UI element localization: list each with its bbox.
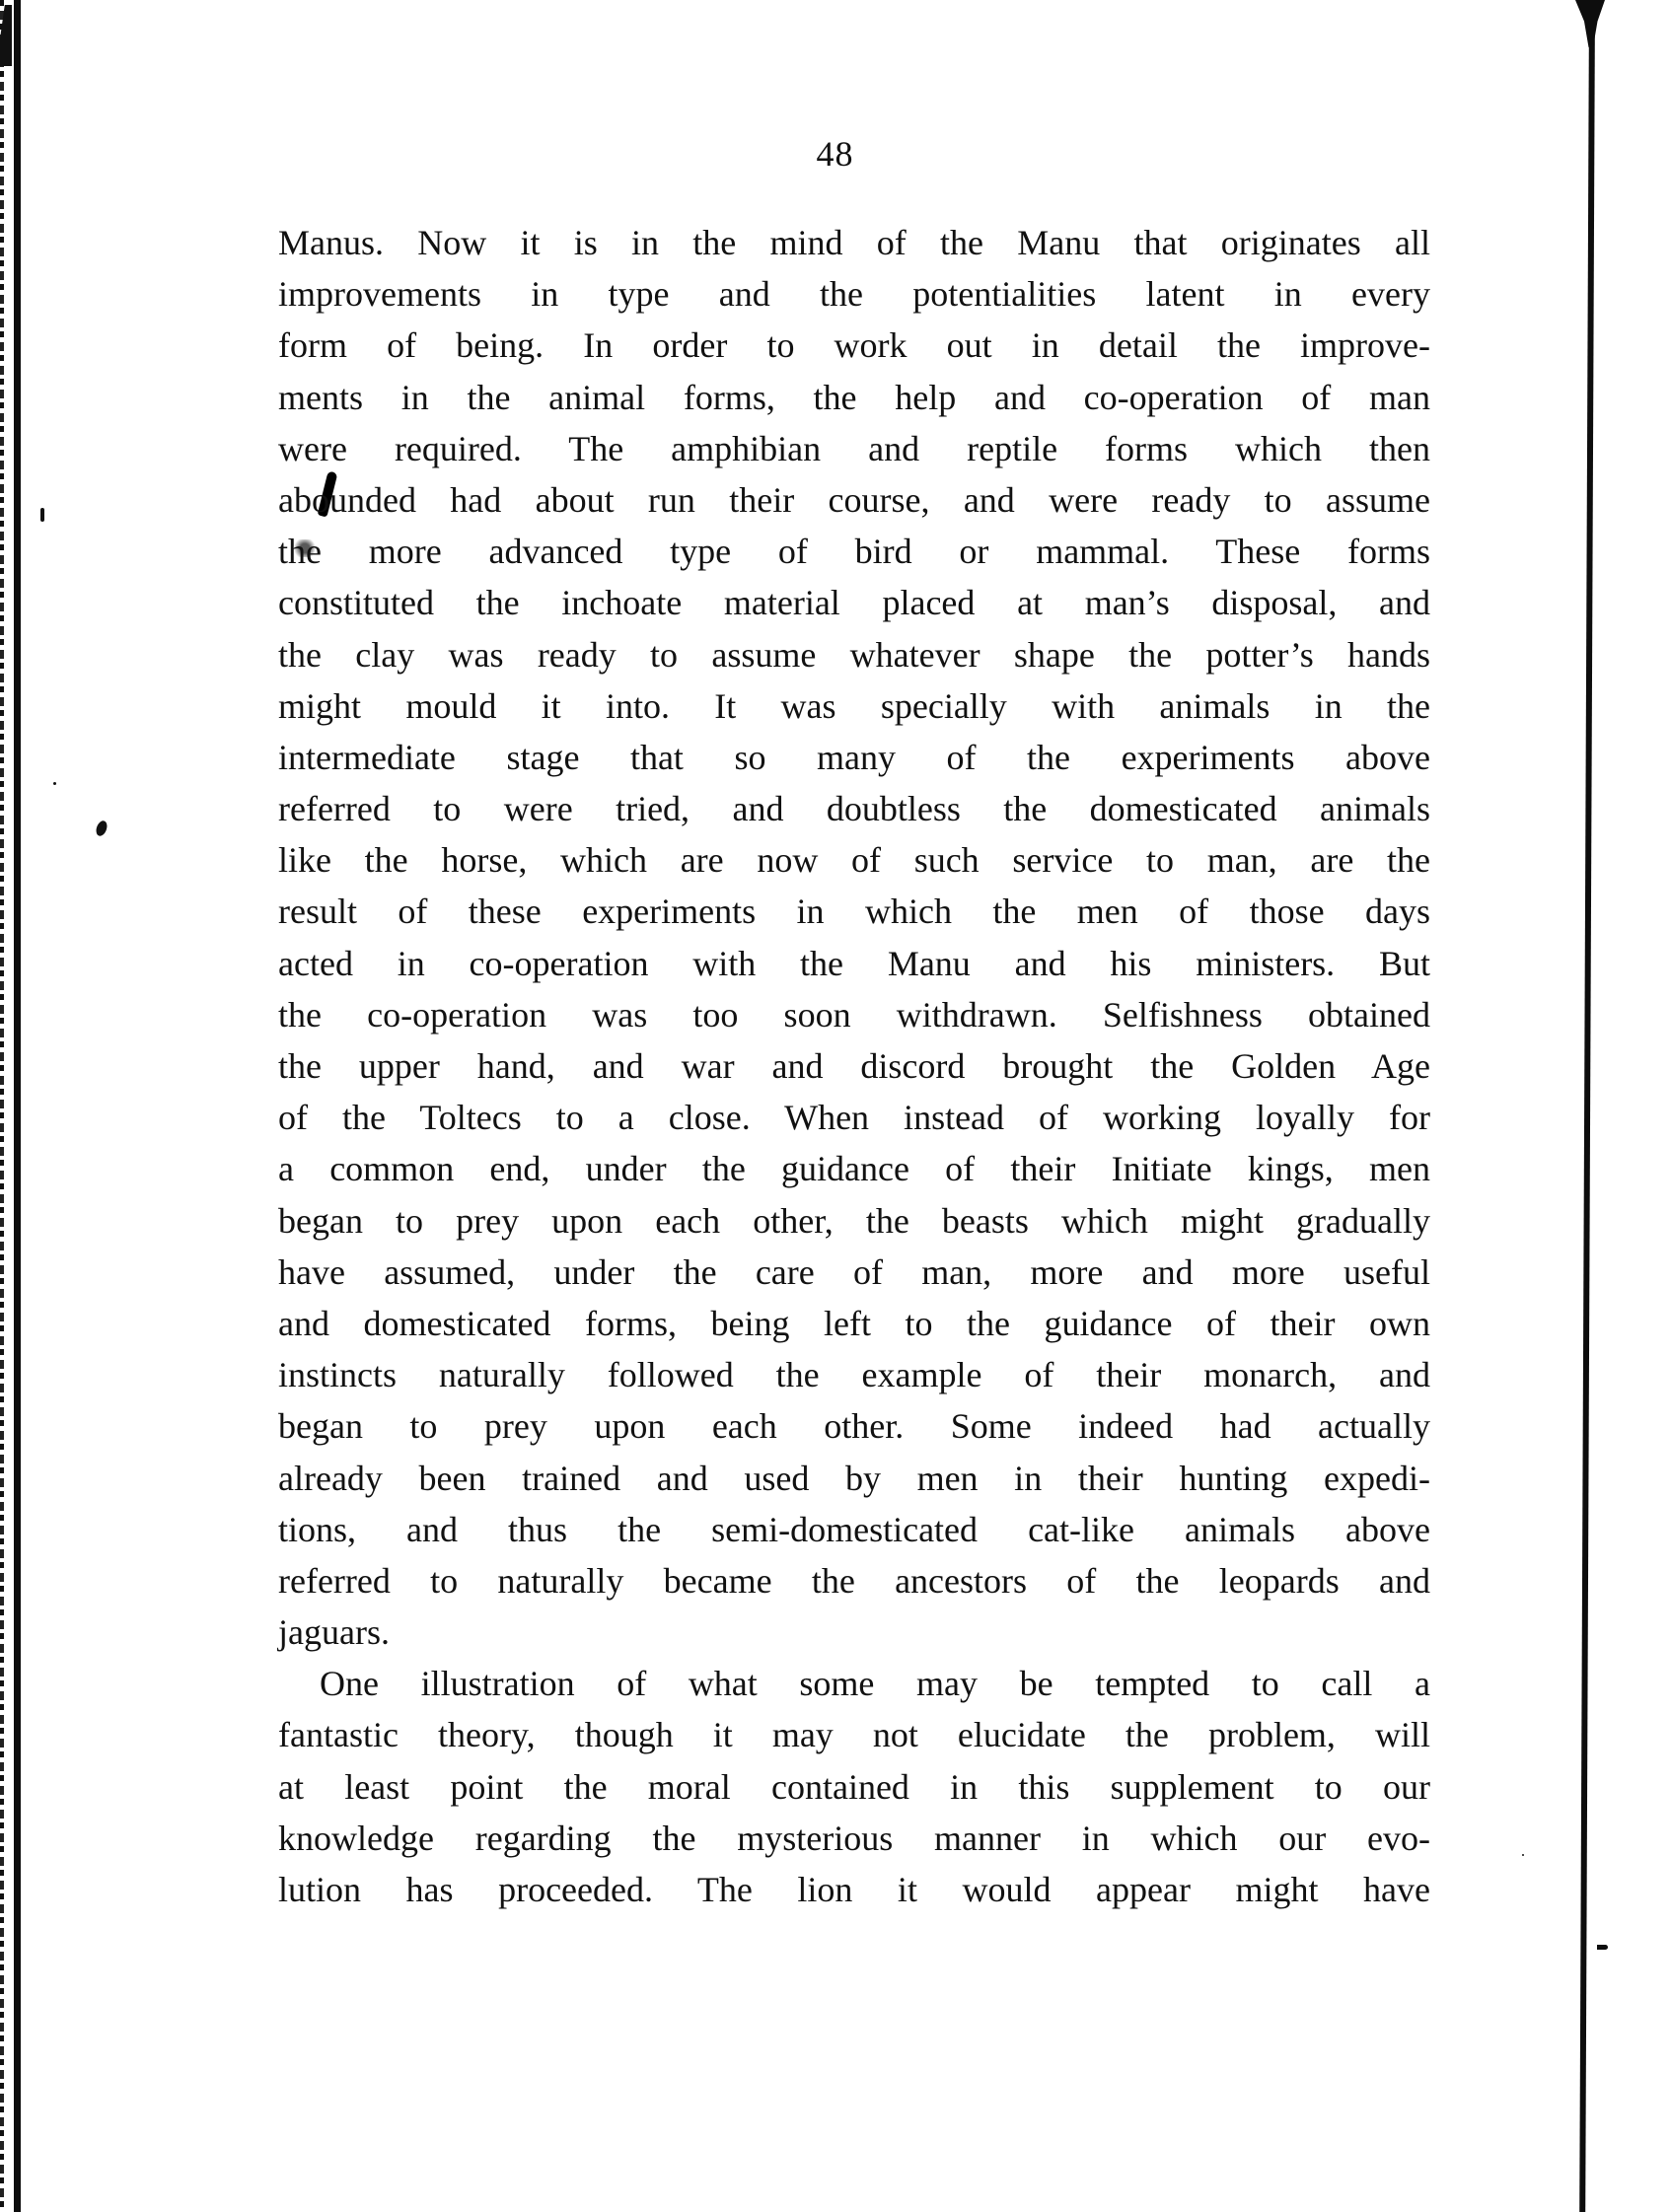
margin-speck [40,508,44,522]
text-line: improvements in type and the potentialit… [278,268,1430,320]
text-line: result of these experiments in which the… [278,886,1430,937]
text-line: acted in co-operation with the Manu and … [278,938,1430,989]
page-number: 48 [0,134,1670,174]
text-line: the upper hand, and war and discord brou… [278,1040,1430,1092]
text-line: at least point the moral contained in th… [278,1761,1430,1813]
text-line: knowledge regarding the mysterious manne… [278,1813,1430,1864]
text-line: constituted the inchoate material placed… [278,577,1430,628]
text-line: intermediate stage that so many of the e… [278,732,1430,783]
text-line: the co-operation was too soon withdrawn.… [278,989,1430,1040]
scan-edge-left [14,0,21,2212]
body-text: Manus. Now it is in the mind of the Manu… [278,217,1430,1915]
paragraph-2: One illustration of what some may be tem… [278,1658,1430,1915]
text-line: tions, and thus the semi-domesticated ca… [278,1504,1430,1555]
text-line: ments in the animal forms, the help and … [278,372,1430,423]
text-line: the clay was ready to assume whatever sh… [278,629,1430,680]
text-line: a common end, under the guidance of thei… [278,1143,1430,1194]
text-line: began to prey upon each other, the beast… [278,1195,1430,1247]
text-line: like the horse, which are now of such se… [278,834,1430,886]
margin-speck [1522,1854,1524,1856]
text-line: form of being. In order to work out in d… [278,320,1430,371]
text-line: and domesticated forms, being left to th… [278,1298,1430,1349]
text-line: One illustration of what some may be tem… [278,1658,1430,1709]
text-line: might mould it into. It was specially wi… [278,680,1430,732]
text-line: referred to naturally became the ancesto… [278,1555,1430,1606]
text-line: were required. The amphibian and reptile… [278,423,1430,474]
text-line: fantastic theory, though it may not eluc… [278,1709,1430,1760]
margin-speck [95,820,109,837]
text-line: referred to were tried, and doubtless th… [278,783,1430,834]
scan-edge-right-corner [1575,0,1605,47]
text-line: have assumed, under the care of man, mor… [278,1247,1430,1298]
text-line: of the Toltecs to a close. When instead … [278,1092,1430,1143]
paragraph-1: Manus. Now it is in the mind of the Manu… [278,217,1430,1658]
text-line: abounded had about run their course, and… [278,474,1430,526]
text-line: instincts naturally followed the example… [278,1349,1430,1400]
text-line: lution has proceeded. The lion it would … [278,1864,1430,1915]
text-line: jaguars. [278,1606,1430,1658]
margin-speck [53,782,56,785]
text-line: began to prey upon each other. Some inde… [278,1400,1430,1452]
text-line: the more advanced type of bird or mammal… [278,526,1430,577]
text-line: Manus. Now it is in the mind of the Manu… [278,217,1430,268]
text-line: already been trained and used by men in … [278,1453,1430,1504]
scan-edge-right-nub [1597,1945,1608,1950]
scan-edge-left-outer [0,0,4,2212]
scan-edge-right [1579,0,1595,2212]
